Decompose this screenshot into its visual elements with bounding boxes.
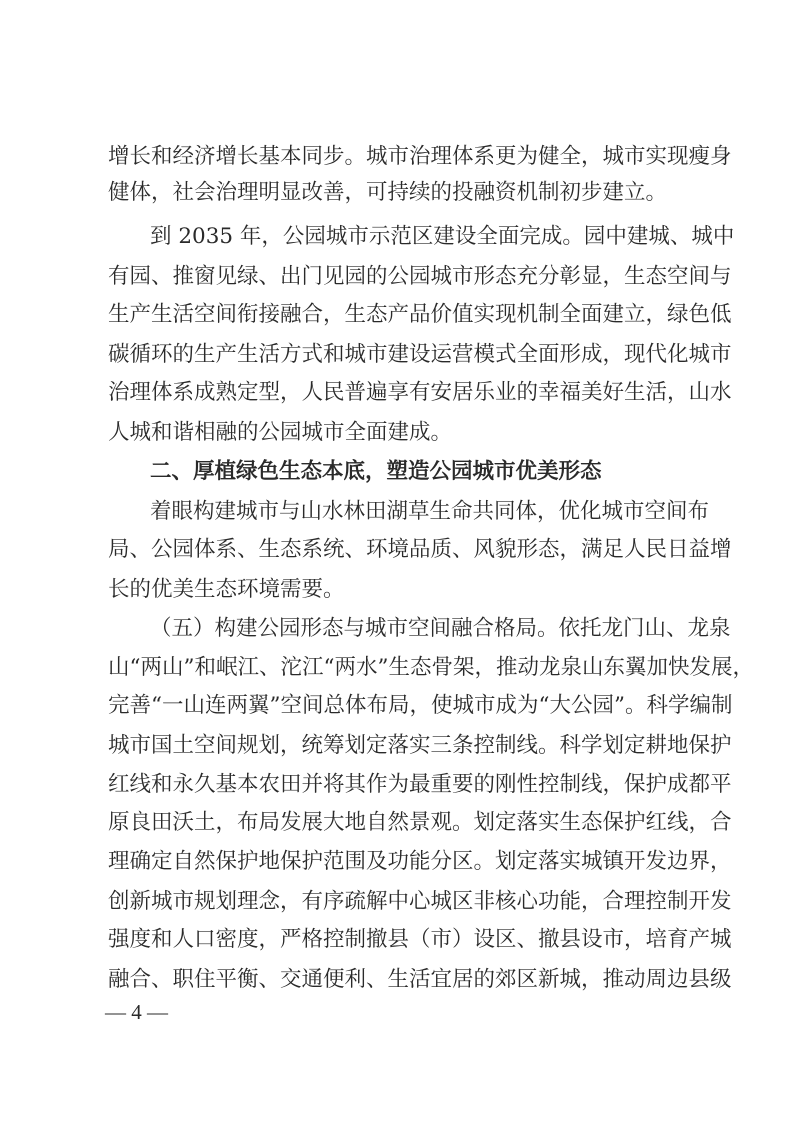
paragraph-line: 治理体系成熟定型，人民普遍享有安居乐业的幸福美好生活，山水 (108, 381, 686, 405)
document-page: 增长和经济增长基本同步。城市治理体系更为健全，城市实现瘦身 健体，社会治理明显改… (0, 0, 794, 1123)
paragraph-line: 健体，社会治理明显改善，可持续的投融资机制初步建立。 (108, 181, 686, 205)
paragraph-line: 融合、职住平衡、交通便利、生活宜居的郊区新城，推动周边县级 (108, 968, 686, 992)
paragraph-line: 局、公园体系、生态系统、环境品质、风貌形态，满足人民日益增 (108, 538, 686, 562)
paragraph-line: 红线和永久基本农田并将其作为最重要的刚性控制线，保护成都平 (108, 773, 686, 797)
paragraph-line: 有园、推窗见绿、出门见园的公园城市形态充分彰显，生态空间与 (108, 265, 686, 289)
section-heading: 二、厚植绿色生态本底，塑造公园城市优美形态 (150, 460, 686, 484)
paragraph-line: 城市国土空间规划，统筹划定落实三条控制线。科学划定耕地保护 (108, 734, 686, 758)
paragraph-line: 长的优美生态环境需要。 (108, 578, 686, 602)
paragraph-line: 原良田沃土，布局发展大地自然景观。划定落实生态保护红线，合 (108, 811, 686, 835)
paragraph-line: 创新城市规划理念，有序疏解中心城区非核心功能，合理控制开发 (108, 890, 686, 914)
paragraph-line: 着眼构建城市与山水林田湖草生命共同体，优化城市空间布 (150, 500, 686, 524)
paragraph-line: 人城和谐相融的公园城市全面建成。 (108, 421, 686, 445)
paragraph-line: 到 2035 年，公园城市示范区建设全面完成。园中建城、城中 (150, 225, 686, 249)
paragraph-line: 完善“一山连两翼”空间总体布局，使城市成为“大公园”。科学编制 (108, 694, 686, 718)
paragraph-line: 理确定自然保护地保护范围及功能分区。划定落实城镇开发边界， (108, 850, 686, 874)
paragraph-line: 碳循环的生产生活方式和城市建设运营模式全面形成，现代化城市 (108, 343, 686, 367)
page-number: — 4 — (105, 1000, 168, 1024)
paragraph-line: （五）构建公园形态与城市空间融合格局。依托龙门山、龙泉 (150, 617, 686, 641)
paragraph-line: 增长和经济增长基本同步。城市治理体系更为健全，城市实现瘦身 (108, 145, 686, 169)
paragraph-line: 生产生活空间衔接融合，生态产品价值实现机制全面建立，绿色低 (108, 303, 686, 327)
paragraph-line: 强度和人口密度，严格控制撤县（市）设区、撤县设市，培育产城 (108, 928, 686, 952)
paragraph-line: 山“两山”和岷江、沱江“两水”生态骨架，推动龙泉山东翼加快发展， (108, 656, 686, 680)
